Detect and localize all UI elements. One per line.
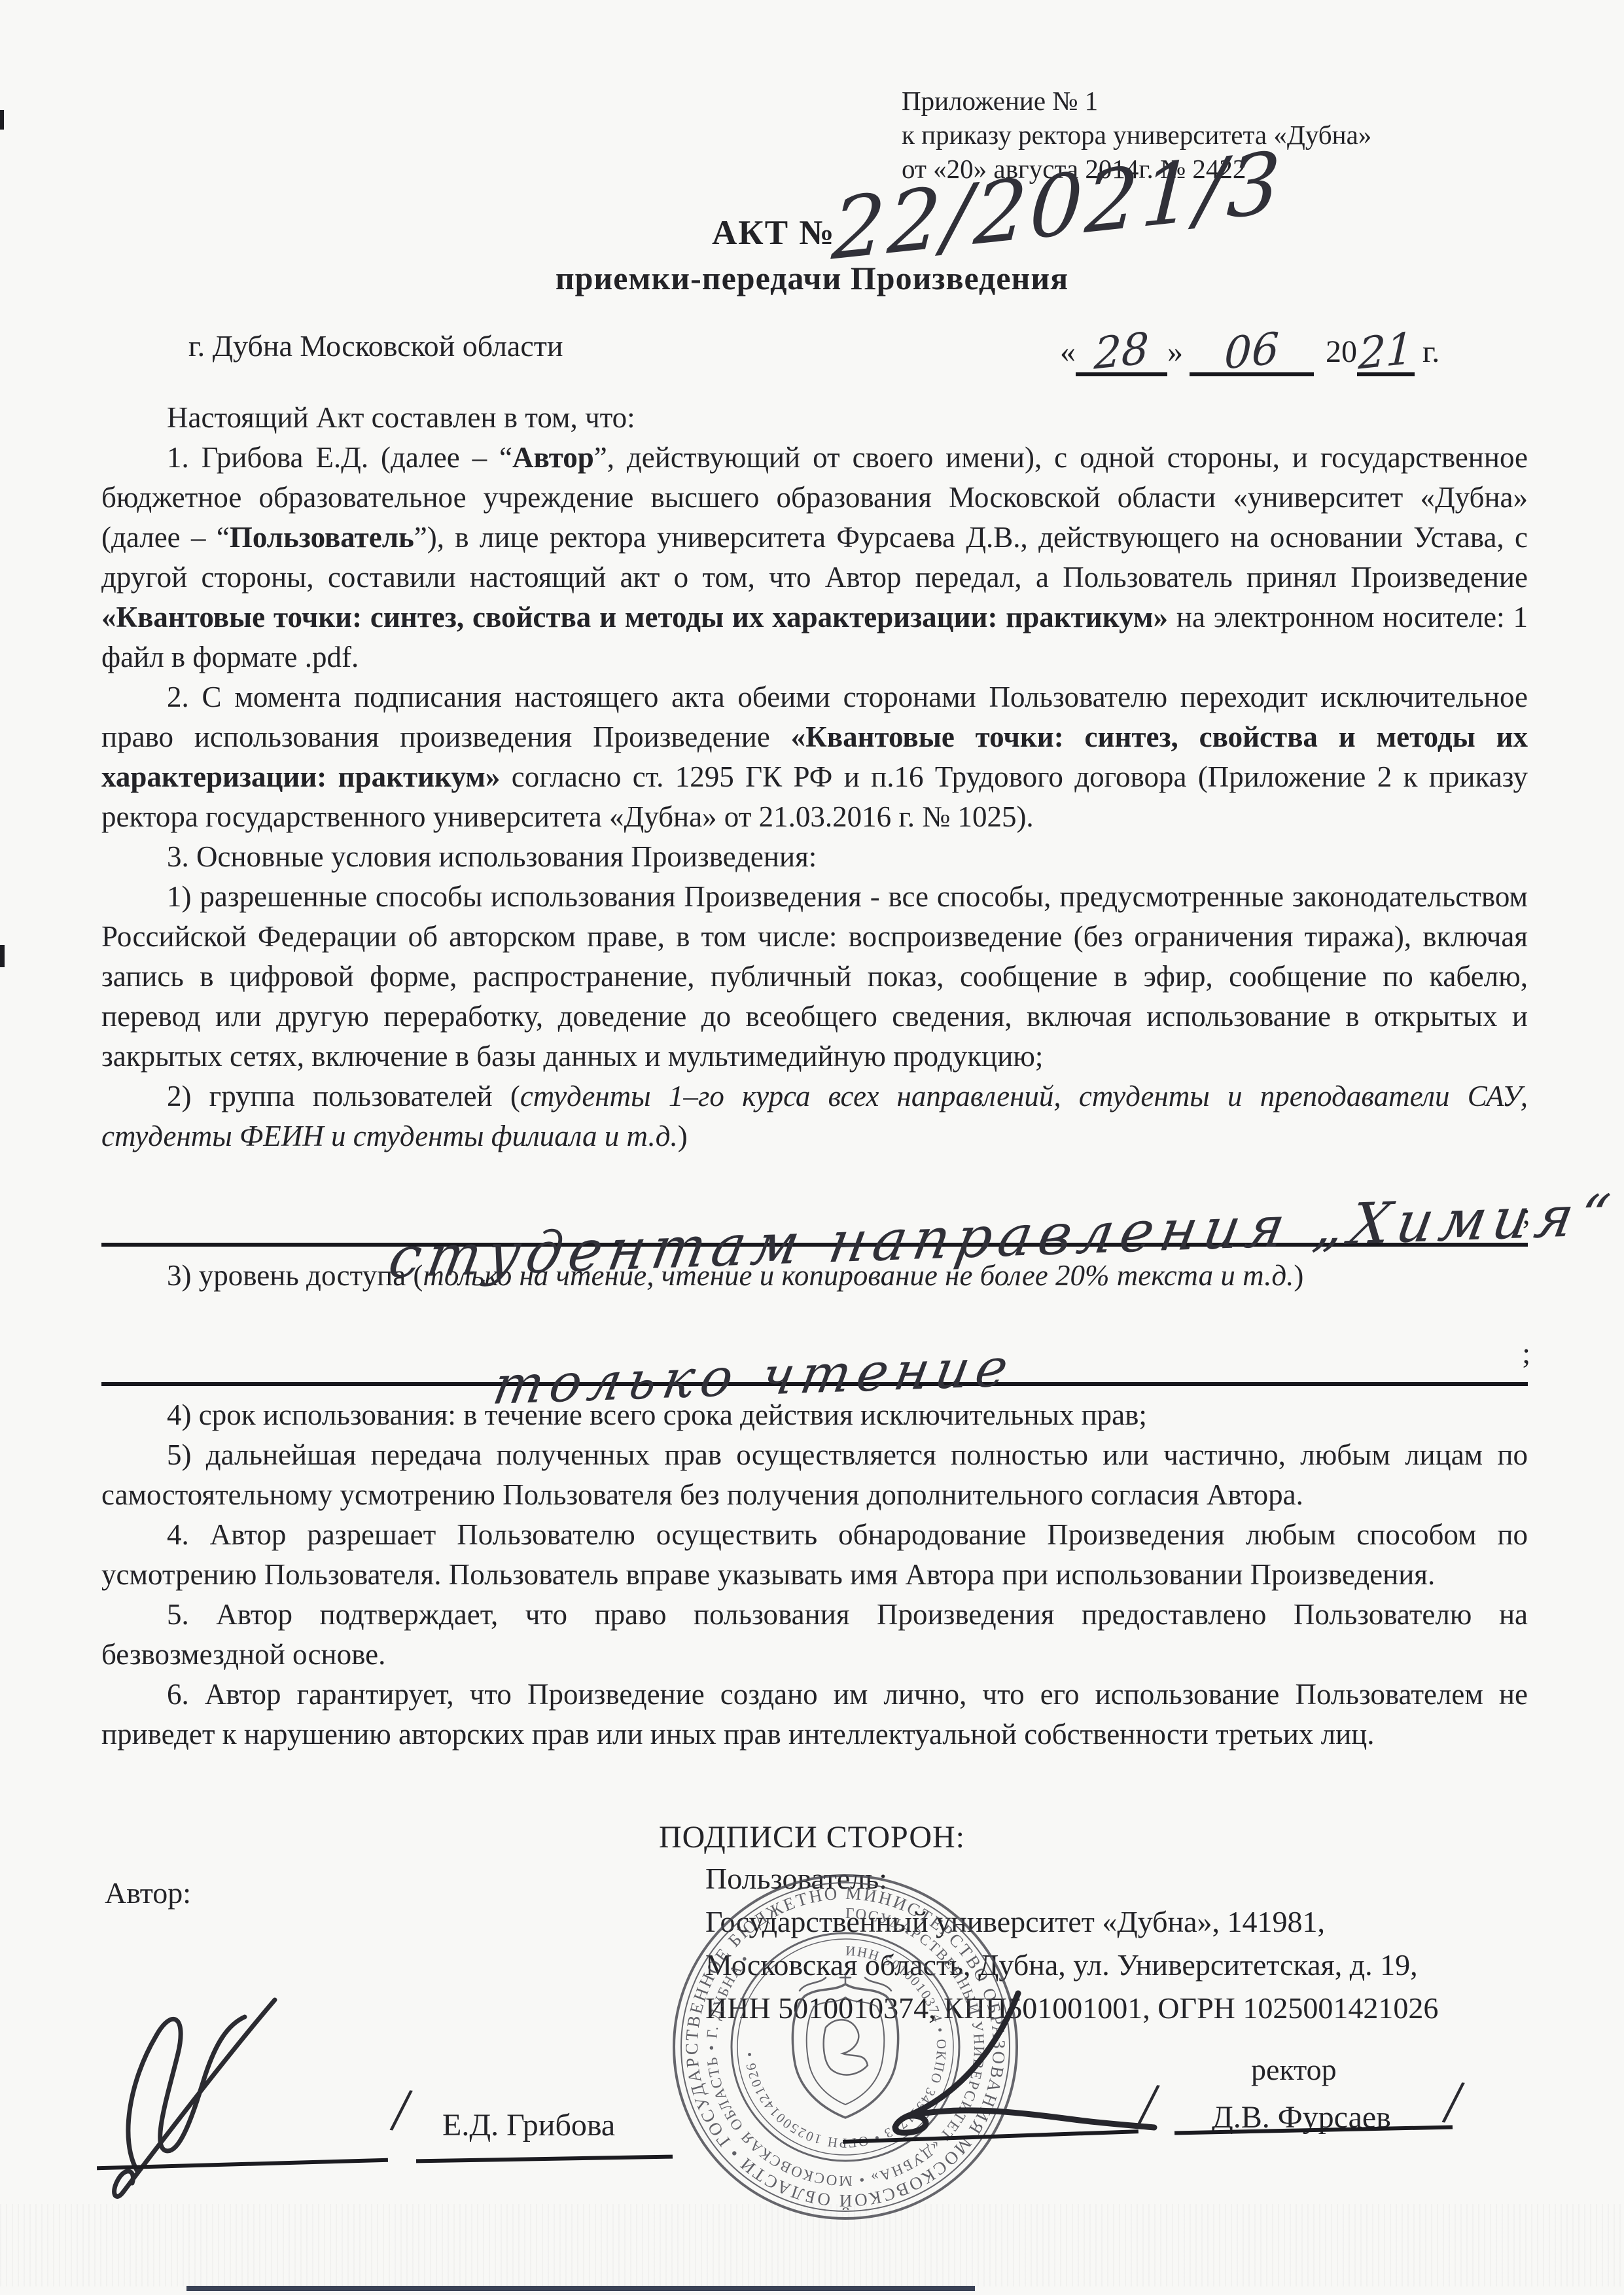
date-day-handwritten: 28	[1093, 323, 1150, 379]
paragraph-text-run: Настоящий Акт составлен в том, что:	[167, 401, 635, 434]
paragraph: 3. Основные условия использования Произв…	[101, 837, 1528, 877]
author-signature	[59, 1975, 340, 2211]
paragraph-text-run: «Квантовые точки: синтез, свойства и мет…	[101, 601, 1168, 633]
paragraph: 5. Автор подтверждает, что право пользов…	[101, 1595, 1528, 1675]
date-day-field: 28	[1076, 322, 1167, 376]
rector-signature	[864, 1983, 1178, 2153]
date-year-handwritten: 21	[1358, 323, 1414, 379]
handwritten-entry-text: только чтение	[491, 1347, 1017, 1406]
date-close-quote: »	[1167, 334, 1183, 369]
line-end-punctuation: ;	[1522, 1333, 1530, 1373]
paragraph: 5) дальнейшая передача полученных прав о…	[101, 1435, 1528, 1515]
date-century: 20	[1326, 334, 1357, 369]
paragraph-text-run: )	[678, 1120, 688, 1152]
paragraph: 6. Автор гарантирует, что Произведение с…	[101, 1675, 1528, 1754]
place-line: г. Дубна Московской области	[188, 329, 563, 363]
paragraph-text-run: 5) дальнейшая передача полученных прав о…	[101, 1438, 1528, 1511]
paragraph-text-run: 1) разрешенные способы использования Про…	[101, 880, 1528, 1073]
appendix-note-line: к приказу ректора университета «Дубна»	[902, 118, 1371, 152]
paragraph-text-run: Автор	[512, 441, 594, 474]
rector-title: ректор	[1251, 2052, 1337, 2087]
paragraph: 1. Грибова Е.Д. (далее – “Автор”, действ…	[101, 438, 1528, 677]
scan-bottom-strip	[186, 2286, 975, 2291]
date-year-field: 21	[1357, 322, 1415, 376]
act-title-label: АКТ №	[712, 213, 836, 253]
paragraph-text-run: 6. Автор гарантирует, что Произведение с…	[101, 1678, 1528, 1751]
paragraph-text-run: 4. Автор разрешает Пользователю осуществ…	[101, 1518, 1528, 1591]
paragraph-text-run: 5. Автор подтверждает, что право пользов…	[101, 1598, 1528, 1671]
paragraph-text-run: Пользователь	[230, 521, 414, 554]
scan-noise	[0, 2204, 1624, 2286]
date-line: «28»062021 г.	[1060, 322, 1439, 376]
date-month-field: 06	[1190, 322, 1314, 376]
paragraph-text-run: )	[1294, 1259, 1303, 1292]
paragraph-text-run: 1. Грибова Е.Д. (далее – “	[167, 441, 512, 474]
date-year-suffix: г.	[1422, 334, 1439, 369]
act-subtitle: приемки-передачи Произведения	[0, 259, 1624, 297]
paragraph: 2. С момента подписания настоящего акта …	[101, 677, 1528, 837]
appendix-note-line: Приложение № 1	[902, 84, 1371, 118]
author-name-underline	[416, 2155, 673, 2163]
paragraph: Настоящий Акт составлен в том, что:	[101, 398, 1528, 438]
author-label: Автор:	[105, 1876, 191, 1910]
document-body: Настоящий Акт составлен в том, что:1. Гр…	[101, 398, 1528, 1754]
paragraph: 1) разрешенные способы использования Про…	[101, 877, 1528, 1076]
signatures-heading: ПОДПИСИ СТОРОН:	[0, 1819, 1624, 1855]
paragraph: 2) группа пользователей (студенты 1–го к…	[101, 1076, 1528, 1156]
act-number-handwritten: 22/2021/3	[830, 141, 1285, 273]
line-end-punctuation: ;	[1522, 1194, 1530, 1234]
scanned-document-page: Приложение № 1 к приказу ректора универс…	[0, 0, 1624, 2295]
author-name: Е.Д. Грибова	[442, 2107, 615, 2143]
handwritten-fill-in-line: студентам направления „Химия“;	[101, 1156, 1528, 1247]
scan-edge-mark	[0, 945, 5, 967]
paragraph-text-run: 3. Основные условия использования Произв…	[167, 840, 817, 873]
date-month-handwritten: 06	[1224, 323, 1280, 379]
paragraph: 4. Автор разрешает Пользователю осуществ…	[101, 1515, 1528, 1595]
scan-edge-mark	[0, 110, 4, 130]
signature-separator: /	[387, 2073, 415, 2147]
paragraph-text-run: 2) группа пользователей (	[167, 1080, 520, 1112]
date-open-quote: «	[1060, 334, 1076, 369]
handwritten-fill-in-line: только чтение;	[101, 1296, 1528, 1386]
